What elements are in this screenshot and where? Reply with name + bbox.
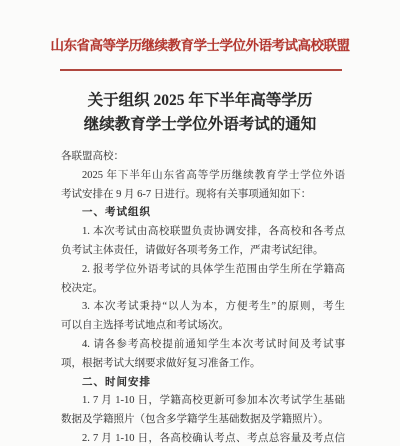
doc-line: 3. 本次考试秉持“以人为本，方便考生”的原则，考生 [61,298,345,317]
notice-title-line2: 继续教育学士学位外语考试的通知 [0,113,400,137]
doc-line: 负考试主体责任，请做好各项考务工作，严肃考试纪律。 [61,242,345,261]
doc-line: 校决定。 [61,280,345,299]
doc-line: 各联盟高校： [61,148,345,167]
doc-line: 2025 年下半年山东省高等学历继续教育学士学位外语 [61,167,345,186]
alliance-header-title: 山东省高等学历继续教育学士学位外语考试高校联盟 [0,34,400,54]
notice-body: 各联盟高校：2025 年下半年山东省高等学历继续教育学士学位外语考试安排在 9 … [61,148,345,446]
doc-line: 1. 7 月 1-10 日，学籍高校更新可参加本次考试学生基础 [61,392,345,411]
doc-line: 项，根据考试大纲要求做好复习准备工作。 [61,355,345,374]
section-heading: 二、时间安排 [61,374,345,393]
doc-line: 考试安排在 9 月 6-7 日进行。现将有关事项通知如下： [61,186,345,205]
notice-title-line1: 关于组织 2025 年下半年高等学历 [0,89,400,113]
notice-title: 关于组织 2025 年下半年高等学历 继续教育学士学位外语考试的通知 [0,89,400,136]
doc-line: 2. 7 月 1-10 日，各高校确认考点、考点总容量及考点信 [61,430,345,446]
doc-line: 数据及学籍照片（包含多学籍学生基础数据及学籍照片）。 [61,411,345,430]
doc-line: 4. 请各参考高校提前通知学生本次考试时间及考试事 [61,336,345,355]
doc-line: 1. 本次考试由高校联盟负责协调安排，各高校和各考点 [61,223,345,242]
section-heading: 一、考试组织 [61,204,345,223]
doc-line: 2. 报考学位外语考试的具体学生范围由学生所在学籍高 [61,261,345,280]
header-divider-line [60,69,342,71]
notice-document: 山东省高等学历继续教育学士学位外语考试高校联盟 关于组织 2025 年下半年高等… [0,0,400,446]
doc-line: 可以自主选择考试地点和考试场次。 [61,317,345,336]
